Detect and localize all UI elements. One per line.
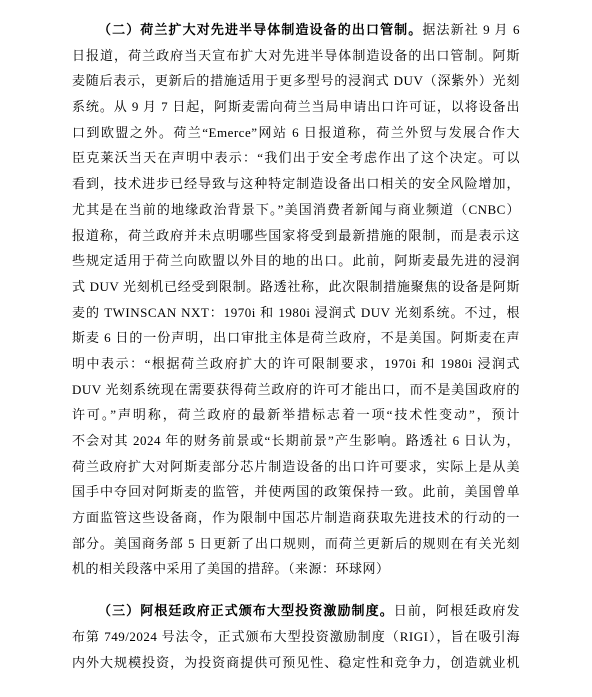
section-heading-text: （二）荷兰扩大对先进半导体制造设备的出口管制。 (98, 22, 422, 37)
body-text: 看到，技术进步已经导致与这种特定制造设备出口相关的安全风险增加， (72, 176, 520, 191)
text-line: 国手中夺回对阿斯麦的监管，并使两国的政策保持一致。此前，美国曾单 (72, 479, 520, 505)
body-text: 口到欧盟之外。荷兰“Emerce”网站 6 日报道称，荷兰外贸与发展合作大 (72, 125, 520, 140)
body-text: 些规定适用于荷兰向欧盟以外目的地的出口。此前，阿斯麦最先进的浸润 (72, 253, 520, 268)
body-text: 系统。从 9 月 7 日起，阿斯麦需向荷兰当局申请出口许可证，以将设备出 (72, 99, 520, 114)
body-text: 臣克莱沃当天在声明中表示：“我们出于安全考虑作出了这个决定。可以 (72, 150, 520, 165)
text-line: 式 DUV 光刻机已经受到限制。路透社称，此次限制措施聚焦的设备是阿斯 (72, 274, 520, 300)
text-line: 机的相关段落中采用了美国的措辞。（来源：环球网） (72, 556, 520, 582)
text-line: 臣克莱沃当天在声明中表示：“我们出于安全考虑作出了这个决定。可以 (72, 145, 520, 171)
text-line: 不会对其 2024 年的财务前景或“长期前景”产生影响。路透社 6 日认为， (72, 428, 520, 454)
body-text: 日前，阿根廷政府发 (394, 603, 520, 618)
section-2-netherlands-export-controls: （二）荷兰扩大对先进半导体制造设备的出口管制。据法新社 9 月 6日报道，荷兰政… (72, 17, 520, 582)
body-text: 据法新社 9 月 6 (422, 22, 520, 37)
text-line: 布第 749/2024 号法令，正式颁布大型投资激励制度（RIGI），旨在吸引海 (72, 624, 520, 650)
body-text: 明中表示：“根据荷兰政府扩大的许可限制要求，1970i 和 1980i 浸润式 (72, 356, 520, 371)
text-line: 日报道，荷兰政府当天宣布扩大对先进半导体制造设备的出口管制。阿斯 (72, 43, 520, 69)
body-text: 不会对其 2024 年的财务前景或“长期前景”产生影响。路透社 6 日认为， (72, 433, 520, 448)
text-line: （二）荷兰扩大对先进半导体制造设备的出口管制。据法新社 9 月 6 (72, 17, 520, 43)
text-line: 报道称，荷兰政府并未点明哪些国家将受到最新措施的限制，而是表示这 (72, 223, 520, 249)
text-line: 系统。从 9 月 7 日起，阿斯麦需向荷兰当局申请出口许可证，以将设备出 (72, 94, 520, 120)
text-line: 口到欧盟之外。荷兰“Emerce”网站 6 日报道称，荷兰外贸与发展合作大 (72, 120, 520, 146)
text-line: 部分。美国商务部 5 日更新了出口规则，而荷兰更新后的规则在有关光刻 (72, 531, 520, 557)
section-3-argentina-investment-incentive: （三）阿根廷政府正式颁布大型投资激励制度。日前，阿根廷政府发布第 749/202… (72, 598, 520, 675)
text-line: 些规定适用于荷兰向欧盟以外目的地的出口。此前，阿斯麦最先进的浸润 (72, 248, 520, 274)
body-text: 麦的 TWINSCAN NXT：1970i 和 1980i 浸润式 DUV 光刻… (72, 305, 520, 326)
body-text: 式 DUV 光刻机已经受到限制。路透社称，此次限制措施聚焦的设备是阿斯 (72, 279, 520, 294)
body-text: 方面监管这些设备商，作为限制中国芯片制造商获取先进技术的行动的一 (72, 510, 520, 525)
text-line: 尤其是在当前的地缘政治背景下。”美国消费者新闻与商业频道（CNBC） (72, 197, 520, 223)
text-line: DUV 光刻系统现在需要获得荷兰政府的许可才能出口，而不是美国政府的 (72, 377, 520, 403)
body-text: 麦随后表示，更新后的措施适用于更多型号的浸润式 DUV（深紫外）光刻 (72, 73, 520, 88)
body-text: 日报道，荷兰政府当天宣布扩大对先进半导体制造设备的出口管制。阿斯 (72, 48, 520, 63)
body-text: 尤其是在当前的地缘政治背景下。”美国消费者新闻与商业频道（CNBC） (72, 202, 520, 217)
body-text: DUV 光刻系统现在需要获得荷兰政府的许可才能出口，而不是美国政府的 (72, 382, 520, 397)
text-line: 麦的 TWINSCAN NXT：1970i 和 1980i 浸润式 DUV 光刻… (72, 300, 520, 326)
section-heading-text: （三）阿根廷政府正式颁布大型投资激励制度。 (98, 603, 394, 618)
text-line: 荷兰政府扩大对阿斯麦部分芯片制造设备的出口许可要求，实际上是从美 (72, 454, 520, 480)
body-text: 部分。美国商务部 5 日更新了出口规则，而荷兰更新后的规则在有关光刻 (72, 536, 520, 551)
text-line: 方面监管这些设备商，作为限制中国芯片制造商获取先进技术的行动的一 (72, 505, 520, 531)
body-text: 报道称，荷兰政府并未点明哪些国家将受到最新措施的限制，而是表示这 (72, 228, 520, 243)
text-line: 斯麦 6 日的一份声明，出口审批主体是荷兰政府，不是美国。阿斯麦在声 (72, 325, 520, 351)
text-line: 明中表示：“根据荷兰政府扩大的许可限制要求，1970i 和 1980i 浸润式 (72, 351, 520, 377)
document-page: （二）荷兰扩大对先进半导体制造设备的出口管制。据法新社 9 月 6日报道，荷兰政… (0, 0, 592, 697)
body-text: 荷兰政府扩大对阿斯麦部分芯片制造设备的出口许可要求，实际上是从美 (72, 459, 520, 474)
body-text: 机的相关段落中采用了美国的措辞。（来源：环球网） (72, 561, 390, 576)
body-text: 布第 749/2024 号法令，正式颁布大型投资激励制度（RIGI），旨在吸引海 (72, 629, 520, 644)
text-line: （三）阿根廷政府正式颁布大型投资激励制度。日前，阿根廷政府发 (72, 598, 520, 624)
text-line: 看到，技术进步已经导致与这种特定制造设备出口相关的安全风险增加， (72, 171, 520, 197)
body-text: 许可。”声明称，荷兰政府的最新举措标志着一项“技术性变动”，预计 (72, 407, 520, 422)
body-text: 内外大规模投资，为投资商提供可预见性、稳定性和竞争力，创造就业机 (72, 655, 520, 670)
text-line: 麦随后表示，更新后的措施适用于更多型号的浸润式 DUV（深紫外）光刻 (72, 68, 520, 94)
body-text: 国手中夺回对阿斯麦的监管，并使两国的政策保持一致。此前，美国曾单 (72, 484, 520, 499)
body-text: 斯麦 6 日的一份声明，出口审批主体是荷兰政府，不是美国。阿斯麦在声 (72, 330, 520, 345)
text-line: 内外大规模投资，为投资商提供可预见性、稳定性和竞争力，创造就业机 (72, 650, 520, 676)
text-line: 许可。”声明称，荷兰政府的最新举措标志着一项“技术性变动”，预计 (72, 402, 520, 428)
document-body: （二）荷兰扩大对先进半导体制造设备的出口管制。据法新社 9 月 6日报道，荷兰政… (72, 17, 520, 675)
